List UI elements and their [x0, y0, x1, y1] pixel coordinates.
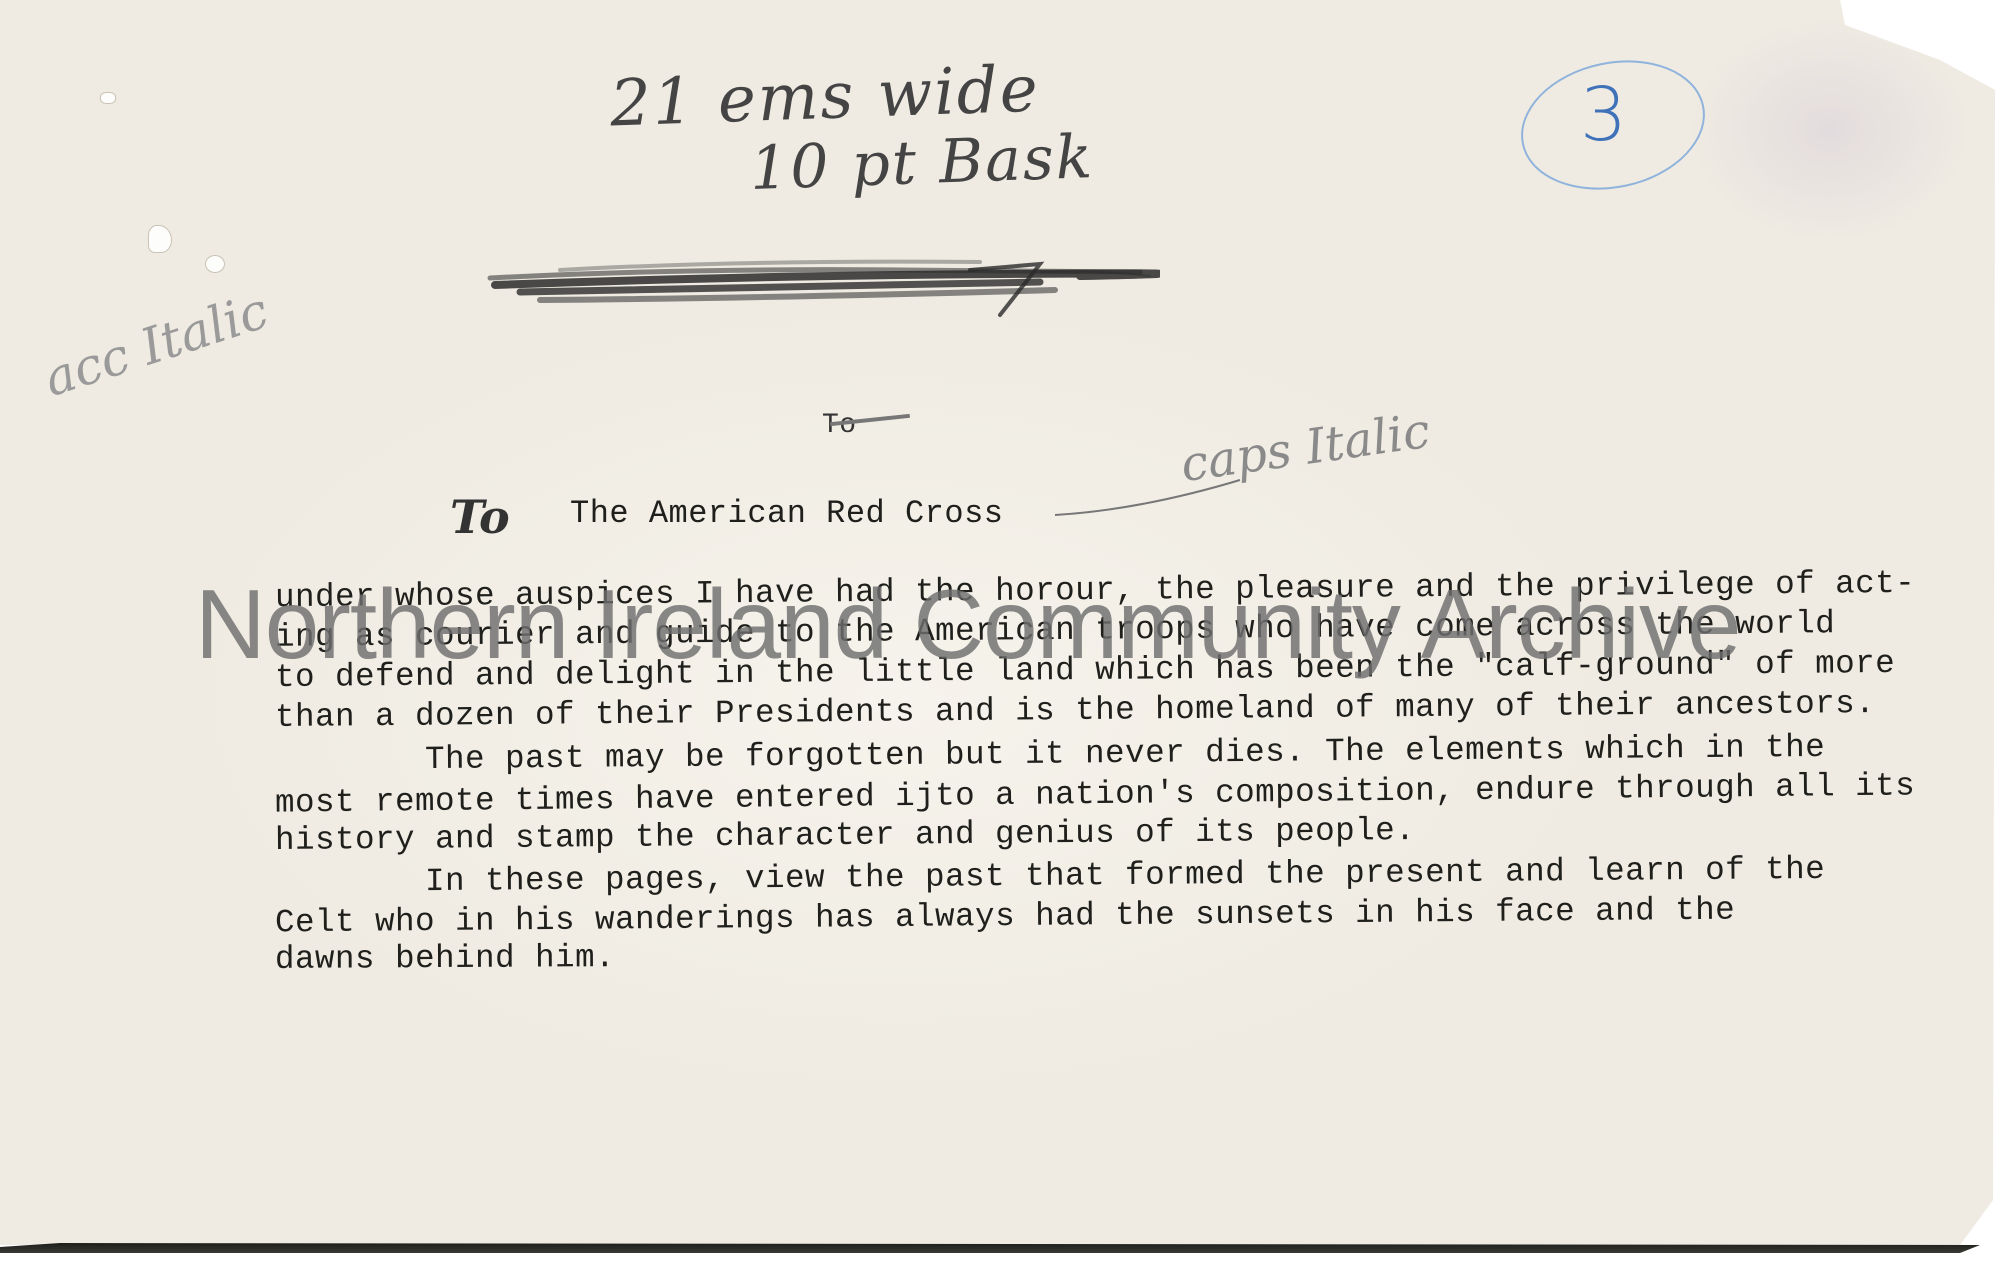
- paper-tear: [148, 225, 172, 253]
- page-number: 3: [1580, 72, 1627, 158]
- paper-tear: [100, 92, 116, 104]
- struck-heading: To: [822, 410, 857, 441]
- pencil-pointer-line: [1050, 470, 1250, 530]
- dedication-line: The American Red Cross: [570, 495, 1003, 532]
- handwritten-font-spec: 10 pt Bask: [749, 122, 1095, 204]
- handwritten-to: To: [450, 490, 510, 544]
- body-line: dawns behind him.: [275, 939, 615, 978]
- scribble-strikethrough: [480, 240, 1160, 330]
- paper-tear: [205, 255, 225, 273]
- archive-watermark: Northern Ireland Community Archive: [195, 568, 1741, 681]
